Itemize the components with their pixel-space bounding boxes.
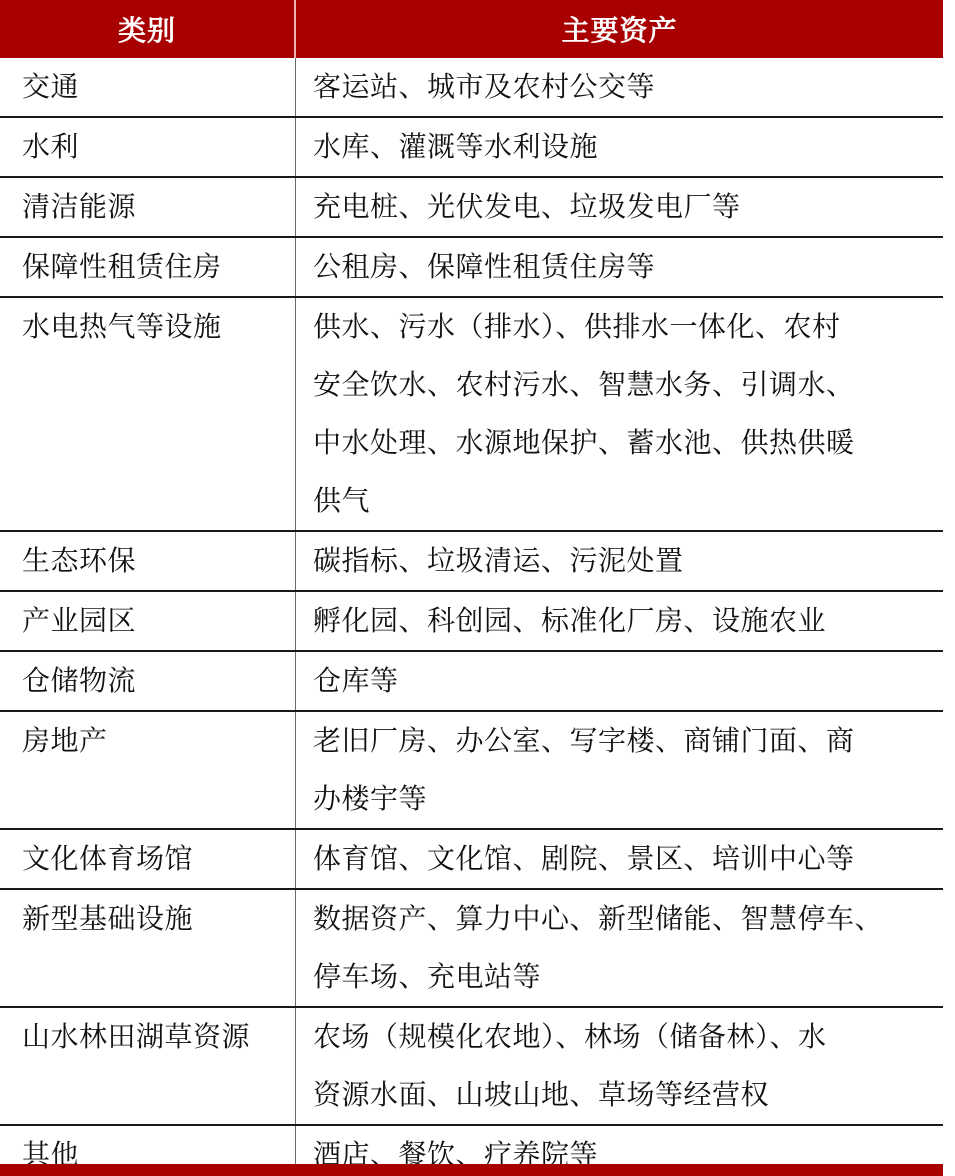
assets-cell: 孵化园、科创园、标准化厂房、设施农业	[296, 592, 943, 650]
category-cell: 文化体育场馆	[0, 830, 296, 888]
table-row: 房地产 老旧厂房、办公室、写字楼、商铺门面、商 办楼宇等	[0, 712, 943, 830]
assets-cell: 老旧厂房、办公室、写字楼、商铺门面、商 办楼宇等	[296, 712, 943, 828]
assets-cell: 仓库等	[296, 652, 943, 710]
category-cell: 生态环保	[0, 532, 296, 590]
assets-cell: 农场（规模化农地）、林场（储备林）、水 资源水面、山坡山地、草场等经营权	[296, 1008, 943, 1124]
category-cell: 水电热气等设施	[0, 298, 296, 530]
category-cell: 产业园区	[0, 592, 296, 650]
table-row: 仓储物流 仓库等	[0, 652, 943, 712]
assets-cell: 体育馆、文化馆、剧院、景区、培训中心等	[296, 830, 943, 888]
category-cell: 水利	[0, 118, 296, 176]
table-header: 类别 主要资产	[0, 0, 943, 58]
table-bottom-bar	[0, 1164, 943, 1176]
table-row: 山水林田湖草资源 农场（规模化农地）、林场（储备林）、水 资源水面、山坡山地、草…	[0, 1008, 943, 1126]
table-row: 生态环保 碳指标、垃圾清运、污泥处置	[0, 532, 943, 592]
category-cell: 清洁能源	[0, 178, 296, 236]
category-cell: 保障性租赁住房	[0, 238, 296, 296]
category-cell: 新型基础设施	[0, 890, 296, 1006]
assets-cell: 公租房、保障性租赁住房等	[296, 238, 943, 296]
asset-category-table: 类别 主要资产 交通 客运站、城市及农村公交等 水利 水库、灌溉等水利设施 清洁…	[0, 0, 943, 1176]
category-cell: 山水林田湖草资源	[0, 1008, 296, 1124]
category-cell: 交通	[0, 58, 296, 116]
table-row: 水利 水库、灌溉等水利设施	[0, 118, 943, 178]
table-row: 文化体育场馆 体育馆、文化馆、剧院、景区、培训中心等	[0, 830, 943, 890]
header-category: 类别	[0, 0, 296, 58]
assets-cell: 供水、污水（排水）、供排水一体化、农村 安全饮水、农村污水、智慧水务、引调水、 …	[296, 298, 943, 530]
header-main-assets: 主要资产	[296, 0, 943, 58]
table-row: 交通 客运站、城市及农村公交等	[0, 58, 943, 118]
table-row: 清洁能源 充电桩、光伏发电、垃圾发电厂等	[0, 178, 943, 238]
table-row: 保障性租赁住房 公租房、保障性租赁住房等	[0, 238, 943, 298]
assets-cell: 客运站、城市及农村公交等	[296, 58, 943, 116]
category-cell: 房地产	[0, 712, 296, 828]
assets-cell: 数据资产、算力中心、新型储能、智慧停车、 停车场、充电站等	[296, 890, 943, 1006]
assets-cell: 水库、灌溉等水利设施	[296, 118, 943, 176]
assets-cell: 碳指标、垃圾清运、污泥处置	[296, 532, 943, 590]
table-row: 产业园区 孵化园、科创园、标准化厂房、设施农业	[0, 592, 943, 652]
table-row: 新型基础设施 数据资产、算力中心、新型储能、智慧停车、 停车场、充电站等	[0, 890, 943, 1008]
assets-cell: 充电桩、光伏发电、垃圾发电厂等	[296, 178, 943, 236]
category-cell: 仓储物流	[0, 652, 296, 710]
table-row: 水电热气等设施 供水、污水（排水）、供排水一体化、农村 安全饮水、农村污水、智慧…	[0, 298, 943, 532]
